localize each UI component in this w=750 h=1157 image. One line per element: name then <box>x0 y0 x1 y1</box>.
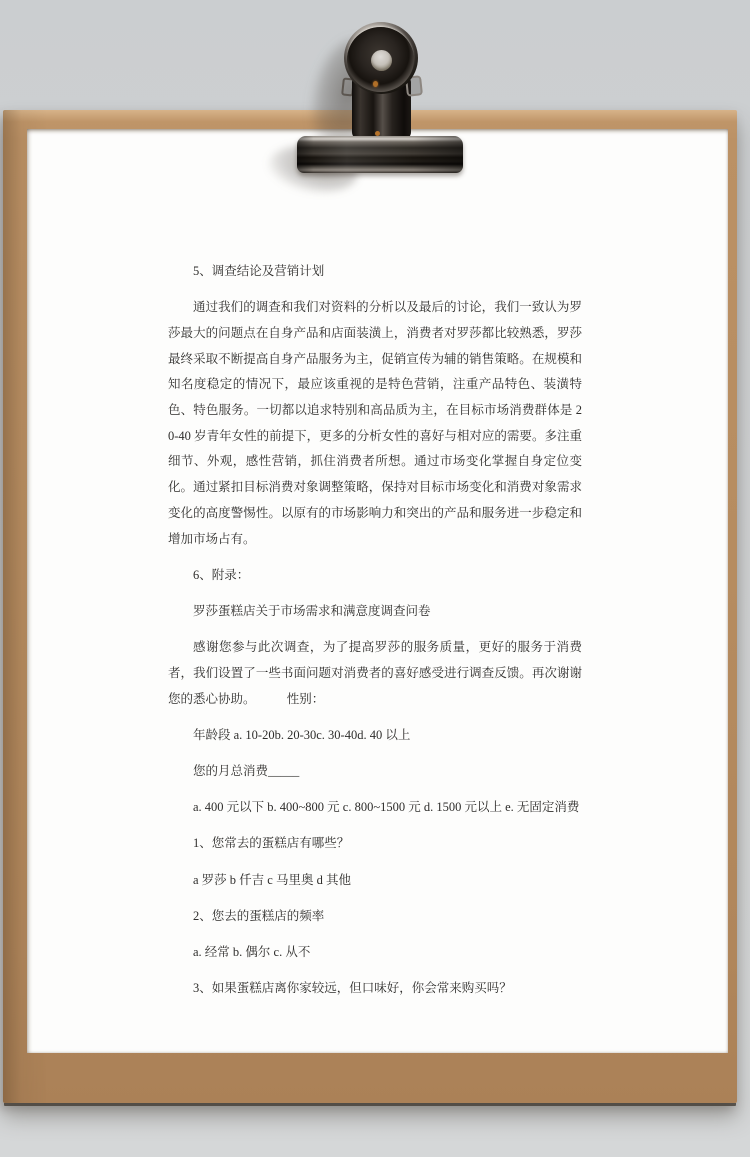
answer-options: a. 经常 b. 偶尔 c. 从不 <box>168 940 582 966</box>
document-page: 5、调查结论及营销计划 通过我们的调查和我们对资料的分析以及最后的讨论，我们一致… <box>27 129 728 1053</box>
section-heading: 5、调查结论及营销计划 <box>168 259 582 285</box>
paragraph: 感谢您参与此次调查，为了提高罗莎的服务质量，更好的服务于消费者，我们设置了一些书… <box>168 635 582 712</box>
questionnaire-title: 罗莎蛋糕店关于市场需求和满意度调查问卷 <box>168 599 582 625</box>
answer-options: a. 400 元以下 b. 400~800 元 c. 800~1500 元 d.… <box>168 795 582 821</box>
question-line: 您的月总消费_____ <box>168 759 582 785</box>
question-line: 2、您去的蛋糕店的频率 <box>168 904 582 930</box>
document-text: 5、调查结论及营销计划 通过我们的调查和我们对资料的分析以及最后的讨论，我们一致… <box>168 259 582 1012</box>
section-heading: 6、附录： <box>168 563 582 589</box>
question-line: 1、您常去的蛋糕店有哪些？ <box>168 831 582 857</box>
question-line: 3、如果蛋糕店离你家较远，但口味好，你会常来购买吗？ <box>168 976 582 1002</box>
question-line: 年龄段 a. 10-20b. 20-30c. 30-40d. 40 以上 <box>168 723 582 749</box>
clipboard: 5、调查结论及营销计划 通过我们的调查和我们对资料的分析以及最后的讨论，我们一致… <box>3 110 737 1103</box>
paragraph: 通过我们的调查和我们对资料的分析以及最后的讨论，我们一致认为罗莎最大的问题点在自… <box>168 295 582 552</box>
answer-options: a 罗莎 b 仟吉 c 马里奥 d 其他 <box>168 868 582 894</box>
